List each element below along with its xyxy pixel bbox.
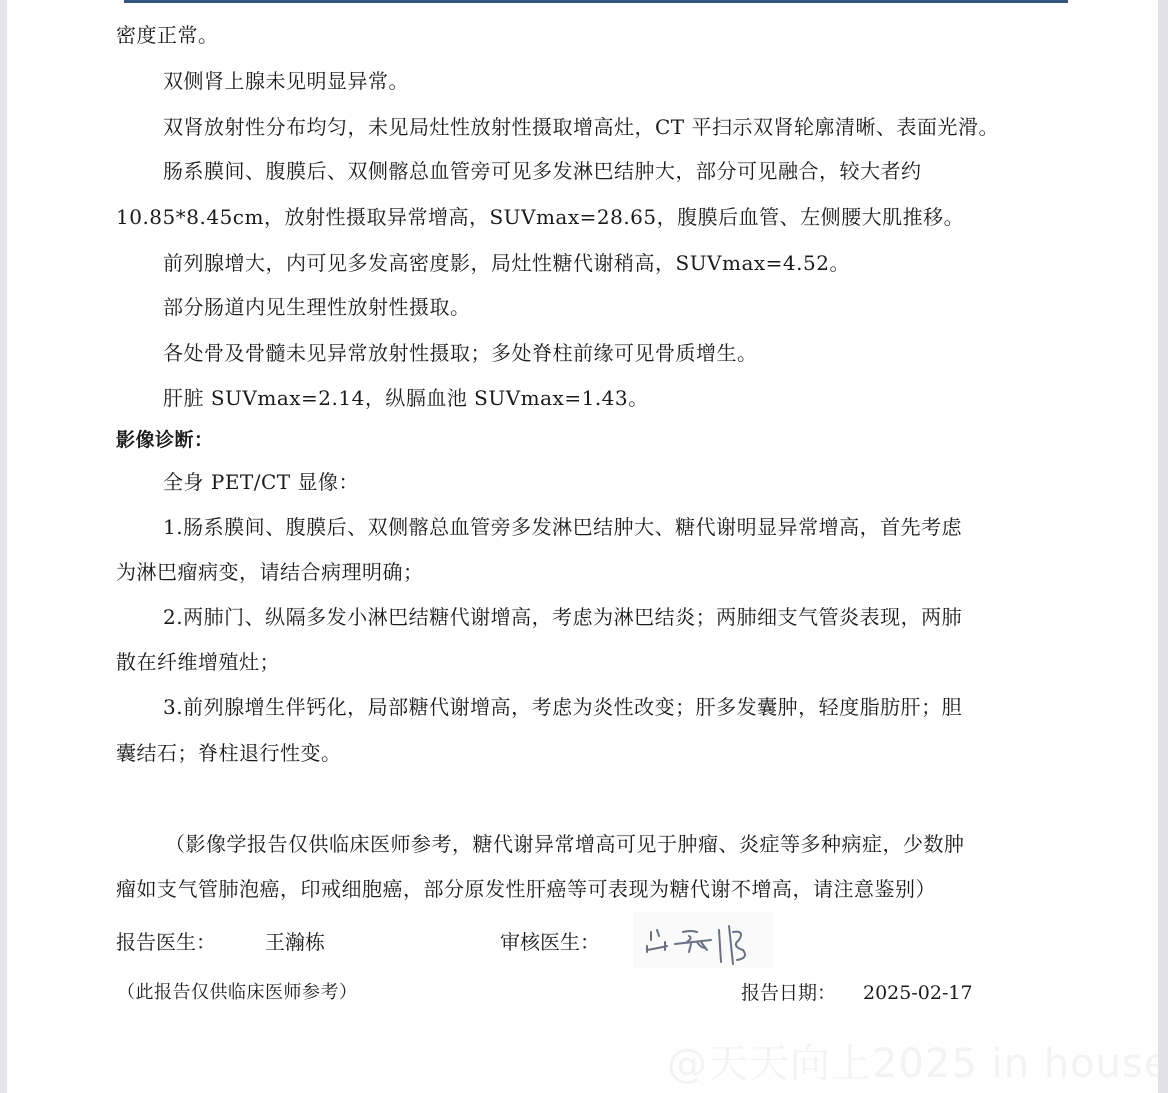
- findings-line: 前列腺增大，内可见多发高密度影，局灶性糖代谢稍高，SUVmax=4.52。: [163, 250, 850, 276]
- diagnosis-item: 囊结石；脊柱退行性变。: [116, 740, 342, 766]
- footer-note: （此报告仅供临床医师参考）: [117, 980, 358, 1006]
- diagnosis-item: 1.肠系膜间、腹膜后、双侧髂总血管旁多发淋巴结肿大、糖代谢明显异常增高，首先考虑: [163, 514, 962, 540]
- findings-line: 双肾放射性分布均匀，未见局灶性放射性摄取增高灶，CT 平扫示双肾轮廓清晰、表面光…: [163, 114, 999, 140]
- findings-line: 肠系膜间、腹膜后、双侧髂总血管旁可见多发淋巴结肿大，部分可见融合，较大者约: [163, 158, 922, 184]
- review-doctor-signature: [633, 912, 773, 968]
- findings-line: 各处骨及骨髓未见异常放射性摄取；多处脊柱前缘可见骨质增生。: [163, 340, 758, 366]
- watermark: @天天向上2025 in house086: [667, 1032, 1168, 1089]
- findings-line: 部分肠道内见生理性放射性摄取。: [163, 294, 471, 320]
- findings-line: 双侧肾上腺未见明显异常。: [163, 68, 409, 94]
- review-doctor-label: 审核医生：: [500, 929, 600, 955]
- report-doctor-label: 报告医生：: [116, 929, 216, 955]
- diagnosis-intro: 全身 PET/CT 显像：: [163, 469, 359, 495]
- findings-line: 10.85*8.45cm，放射性摄取异常增高，SUVmax=28.65，腹膜后血…: [116, 204, 964, 230]
- disclaimer-line: 瘤如支气管肺泡癌，印戒细胞癌，部分原发性肝癌等可表现为糖代谢不增高，请注意鉴别）: [116, 876, 936, 902]
- diagnosis-item: 散在纤维增殖灶；: [116, 649, 280, 675]
- report-page: 密度正常。 双侧肾上腺未见明显异常。 双肾放射性分布均匀，未见局灶性放射性摄取增…: [7, 0, 1158, 1093]
- diagnosis-heading: 影像诊断：: [116, 427, 214, 453]
- report-date-label: 报告日期：: [741, 980, 836, 1006]
- header-rule: [124, 0, 1068, 3]
- diagnosis-item: 3.前列腺增生伴钙化，局部糖代谢增高，考虑为炎性改变；肝多发囊肿，轻度脂肪肝；胆: [163, 694, 962, 720]
- signature-icon: [633, 912, 773, 968]
- diagnosis-item: 2.两肺门、纵隔多发小淋巴结糖代谢增高，考虑为淋巴结炎；两肺细支气管炎表现，两肺: [163, 604, 962, 630]
- viewer-right-edge: [1158, 0, 1168, 1093]
- findings-line: 密度正常。: [116, 22, 219, 48]
- findings-line: 肝脏 SUVmax=2.14，纵膈血池 SUVmax=1.43。: [163, 385, 649, 411]
- report-date-value: 2025-02-17: [863, 980, 973, 1006]
- disclaimer-line: （影像学报告仅供临床医师参考，糖代谢异常增高可见于肿瘤、炎症等多种病症，少数肿: [165, 831, 965, 857]
- diagnosis-item: 为淋巴瘤病变，请结合病理明确；: [116, 559, 424, 585]
- report-doctor-name: 王瀚栋: [265, 929, 325, 955]
